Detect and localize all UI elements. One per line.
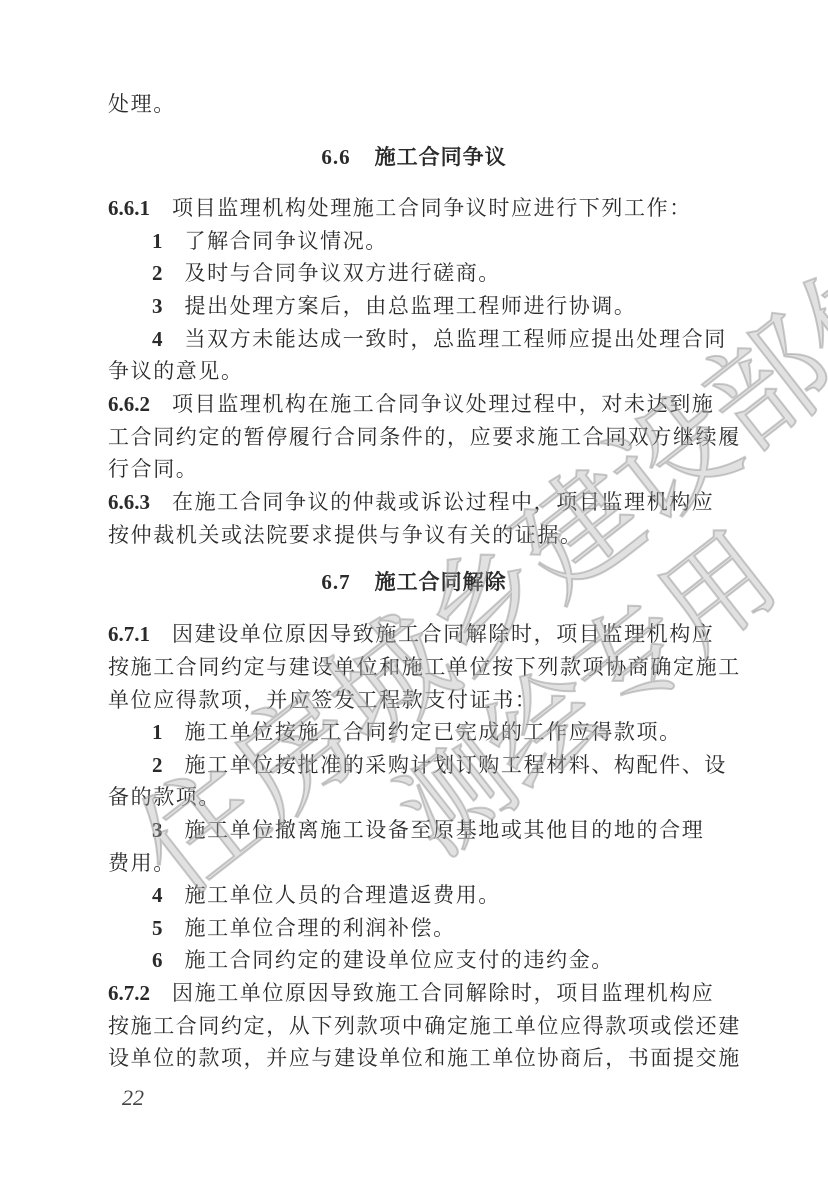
clause-text-continued: 按施工合同约定与建设单位和施工单位按下列款项协商确定施工 xyxy=(108,653,720,681)
continuation-text: 处理。 xyxy=(108,90,720,118)
item-text: 及时与合同争议双方进行磋商。 xyxy=(185,261,501,285)
item-text-continued: 备的款项。 xyxy=(108,783,720,811)
section-heading-6-6: 6.6施工合同争议 xyxy=(0,143,828,171)
clause-6-7-1: 6.7.1因建设单位原因导致施工合同解除时，项目监理机构应 xyxy=(108,620,720,648)
item-text: 提出处理方案后，由总监理工程师进行协调。 xyxy=(185,294,637,318)
item-number: 6 xyxy=(152,948,163,972)
clause-text-continued: 按施工合同约定，从下列款项中确定施工单位应得款项或偿还建 xyxy=(108,1012,720,1040)
clause-number: 6.6.3 xyxy=(108,490,150,514)
item-text: 施工合同约定的建设单位应支付的违约金。 xyxy=(185,948,614,972)
clause-text: 项目监理机构处理施工合同争议时应进行下列工作： xyxy=(172,196,692,220)
list-item: 2及时与合同争议双方进行磋商。 xyxy=(152,259,764,287)
item-text-continued: 争议的意见。 xyxy=(108,357,720,385)
section-heading-6-7: 6.7施工合同解除 xyxy=(0,568,828,596)
heading-title: 施工合同争议 xyxy=(375,145,507,169)
page-number: 22 xyxy=(122,1085,144,1111)
item-number: 2 xyxy=(152,261,163,285)
clause-6-6-1: 6.6.1项目监理机构处理施工合同争议时应进行下列工作： xyxy=(108,194,720,222)
clause-number: 6.7.1 xyxy=(108,622,150,646)
item-text: 施工单位合理的利润补偿。 xyxy=(185,916,456,940)
list-item: 1施工单位按施工合同约定已完成的工作应得款项。 xyxy=(152,718,764,746)
item-text: 施工单位撤离施工设备至原基地或其他目的地的合理 xyxy=(185,818,705,842)
clause-text-continued: 工合同约定的暂停履行合同条件的，应要求施工合同双方继续履 xyxy=(108,423,720,451)
item-text: 施工单位按施工合同约定已完成的工作应得款项。 xyxy=(185,720,682,744)
clause-text: 因施工单位原因导致施工合同解除时，项目监理机构应 xyxy=(172,981,714,1005)
clause-text: 因建设单位原因导致施工合同解除时，项目监理机构应 xyxy=(172,622,714,646)
item-text: 当双方未能达成一致时，总监理工程师应提出处理合同 xyxy=(185,327,727,351)
document-page: 处理。 6.6施工合同争议 6.6.1项目监理机构处理施工合同争议时应进行下列工… xyxy=(0,0,828,1198)
list-item: 2施工单位按批准的采购计划订购工程材料、构配件、设 xyxy=(152,751,764,779)
item-text: 了解合同争议情况。 xyxy=(185,229,388,253)
clause-6-6-2: 6.6.2项目监理机构在施工合同争议处理过程中，对未达到施 xyxy=(108,390,720,418)
heading-title: 施工合同解除 xyxy=(375,570,507,594)
list-item: 6施工合同约定的建设单位应支付的违约金。 xyxy=(152,946,764,974)
list-item: 4当双方未能达成一致时，总监理工程师应提出处理合同 xyxy=(152,325,764,353)
list-item: 5施工单位合理的利润补偿。 xyxy=(152,914,764,942)
list-item: 4施工单位人员的合理遣返费用。 xyxy=(152,881,764,909)
item-number: 3 xyxy=(152,294,163,318)
list-item: 3施工单位撤离施工设备至原基地或其他目的地的合理 xyxy=(152,816,764,844)
heading-number: 6.7 xyxy=(321,570,350,594)
item-number: 1 xyxy=(152,229,163,253)
item-text: 施工单位按批准的采购计划订购工程材料、构配件、设 xyxy=(185,753,727,777)
clause-number: 6.7.2 xyxy=(108,981,150,1005)
list-item: 1了解合同争议情况。 xyxy=(152,227,764,255)
clause-text-continued: 按仲裁机关或法院要求提供与争议有关的证据。 xyxy=(108,521,720,549)
clause-6-7-2: 6.7.2因施工单位原因导致施工合同解除时，项目监理机构应 xyxy=(108,979,720,1007)
list-item: 3提出处理方案后，由总监理工程师进行协调。 xyxy=(152,292,764,320)
clause-text: 在施工合同争议的仲裁或诉讼过程中，项目监理机构应 xyxy=(172,490,714,514)
clause-number: 6.6.1 xyxy=(108,196,150,220)
clause-text-continued: 行合同。 xyxy=(108,455,720,483)
item-text: 施工单位人员的合理遣返费用。 xyxy=(185,883,501,907)
item-number: 4 xyxy=(152,327,163,351)
clause-text-continued: 单位应得款项，并应签发工程款支付证书： xyxy=(108,686,720,714)
item-number: 1 xyxy=(152,720,163,744)
clause-text-continued: 设单位的款项，并应与建设单位和施工单位协商后，书面提交施 xyxy=(108,1044,720,1072)
item-number: 5 xyxy=(152,916,163,940)
item-number: 3 xyxy=(152,818,163,842)
item-number: 4 xyxy=(152,883,163,907)
clause-text: 项目监理机构在施工合同争议处理过程中，对未达到施 xyxy=(172,392,714,416)
item-text-continued: 费用。 xyxy=(108,849,720,877)
item-number: 2 xyxy=(152,753,163,777)
clause-number: 6.6.2 xyxy=(108,392,150,416)
clause-6-6-3: 6.6.3在施工合同争议的仲裁或诉讼过程中，项目监理机构应 xyxy=(108,488,720,516)
heading-number: 6.6 xyxy=(321,145,350,169)
